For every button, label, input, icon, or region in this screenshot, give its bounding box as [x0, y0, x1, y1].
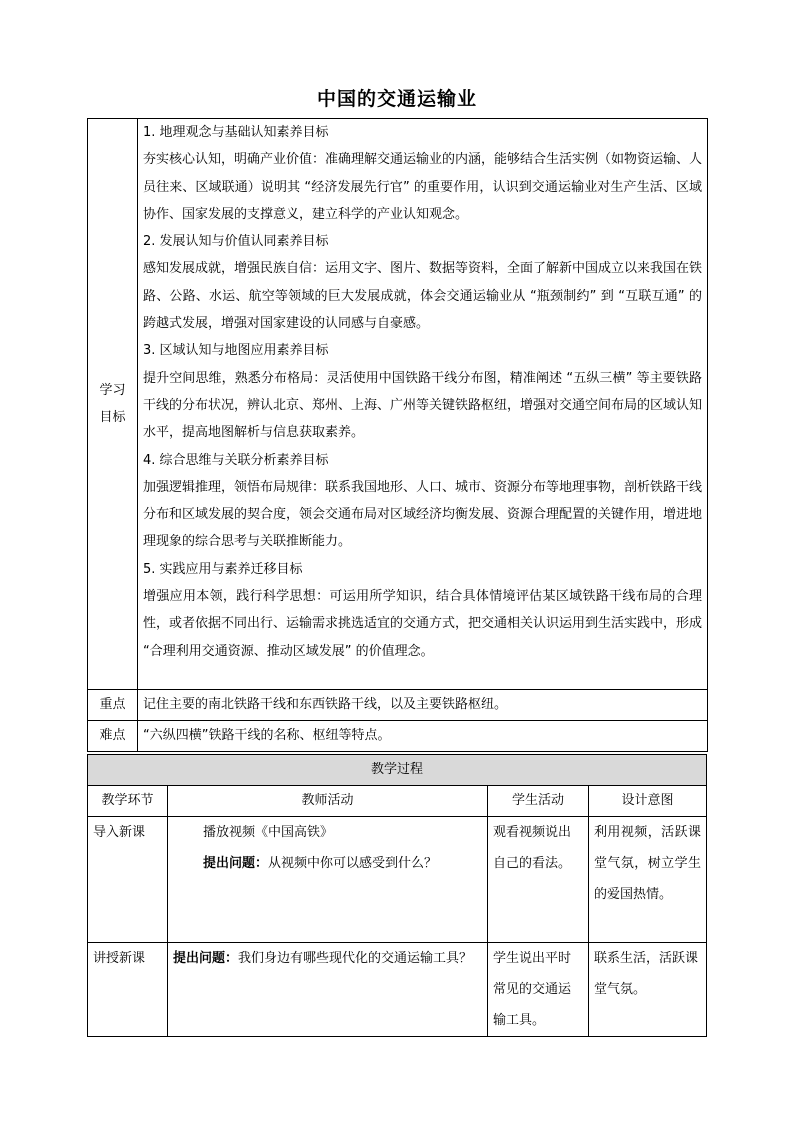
objectives-row: 学习 目标 1. 地理观念与基础认知素养目标 夯实核心认知，明确产业价值：准确理…: [88, 119, 708, 690]
objective-body: 提升空间思维，熟悉分布格局：灵活使用中国铁路干线分布图，精准阐述 “五纵三横” …: [143, 365, 702, 447]
stage-cell: 讲授新课: [88, 943, 168, 1037]
process-title: 教学过程: [88, 755, 707, 786]
question-text: 从视频中你可以感受到什么？: [268, 856, 437, 871]
table-row: 导入新课 播放视频《中国高铁》 提出问题：从视频中你可以感受到什么？ 观看视频说…: [88, 817, 707, 943]
difficulties-label: 难点: [88, 721, 138, 752]
question-label: 提出问题：: [173, 951, 238, 966]
header-teacher: 教师活动: [168, 786, 488, 817]
student-cell: 学生说出平时常见的交通运输工具。: [488, 943, 589, 1037]
process-title-row: 教学过程: [88, 755, 707, 786]
difficulties-text: “六纵四横”铁路干线的名称、枢纽等特点。: [138, 721, 708, 752]
student-cell: 观看视频说出自己的看法。: [488, 817, 589, 943]
objective-body: 加强逻辑推理，领悟布局规律：联系我国地形、人口、城市、资源分布等地理事物，剖析铁…: [143, 474, 702, 556]
table-row: 讲授新课 提出问题：我们身边有哪些现代化的交通运输工具？ 学生说出平时常见的交通…: [88, 943, 707, 1037]
key-points-label: 重点: [88, 690, 138, 721]
objective-heading: 3. 区域认知与地图应用素养目标: [143, 337, 702, 364]
objective-heading: 2. 发展认知与价值认同素养目标: [143, 228, 702, 255]
header-intent: 设计意图: [589, 786, 707, 817]
objectives-label-line2: 目标: [99, 410, 125, 425]
key-points-text: 记住主要的南北铁路干线和东西铁路干线，以及主要铁路枢纽。: [138, 690, 708, 721]
objective-heading: 1. 地理观念与基础认知素养目标: [143, 119, 702, 146]
key-points-row: 重点 记住主要的南北铁路干线和东西铁路干线，以及主要铁路枢纽。: [88, 690, 708, 721]
stage-cell: 导入新课: [88, 817, 168, 943]
objective-heading: 4. 综合思维与关联分析素养目标: [143, 447, 702, 474]
question-label: 提出问题：: [203, 856, 268, 871]
objectives-table: 学习 目标 1. 地理观念与基础认知素养目标 夯实核心认知，明确产业价值：准确理…: [87, 118, 708, 752]
teacher-cell: 提出问题：我们身边有哪些现代化的交通运输工具？: [168, 943, 488, 1037]
process-table: 教学过程 教学环节 教师活动 学生活动 设计意图 导入新课 播放视频《中国高铁》…: [87, 754, 707, 1037]
teacher-line: 播放视频《中国高铁》: [173, 817, 482, 848]
intent-cell: 联系生活，活跃课堂气氛。: [589, 943, 707, 1037]
objectives-label: 学习 目标: [88, 119, 138, 690]
document-title: 中国的交通运输业: [0, 84, 794, 111]
intent-cell: 利用视频，活跃课堂气氛，树立学生的爱国热情。: [589, 817, 707, 943]
objectives-content: 1. 地理观念与基础认知素养目标 夯实核心认知，明确产业价值：准确理解交通运输业…: [138, 119, 708, 690]
header-student: 学生活动: [488, 786, 589, 817]
objectives-label-line1: 学习: [99, 383, 125, 398]
header-stage: 教学环节: [88, 786, 168, 817]
teacher-question: 提出问题：从视频中你可以感受到什么？: [173, 848, 482, 879]
objective-body: 夯实核心认知，明确产业价值：准确理解交通运输业的内涵，能够结合生活实例（如物资运…: [143, 146, 702, 228]
difficulties-row: 难点 “六纵四横”铁路干线的名称、枢纽等特点。: [88, 721, 708, 752]
objective-body: 增强应用本领，践行科学思想：可运用所学知识，结合具体情境评估某区域铁路干线布局的…: [143, 583, 702, 665]
question-text: 我们身边有哪些现代化的交通运输工具？: [238, 951, 472, 966]
objective-heading: 5. 实践应用与素养迁移目标: [143, 556, 702, 583]
process-header-row: 教学环节 教师活动 学生活动 设计意图: [88, 786, 707, 817]
objective-body: 感知发展成就，增强民族自信：运用文字、图片、数据等资料，全面了解新中国成立以来我…: [143, 255, 702, 337]
teacher-cell: 播放视频《中国高铁》 提出问题：从视频中你可以感受到什么？: [168, 817, 488, 943]
